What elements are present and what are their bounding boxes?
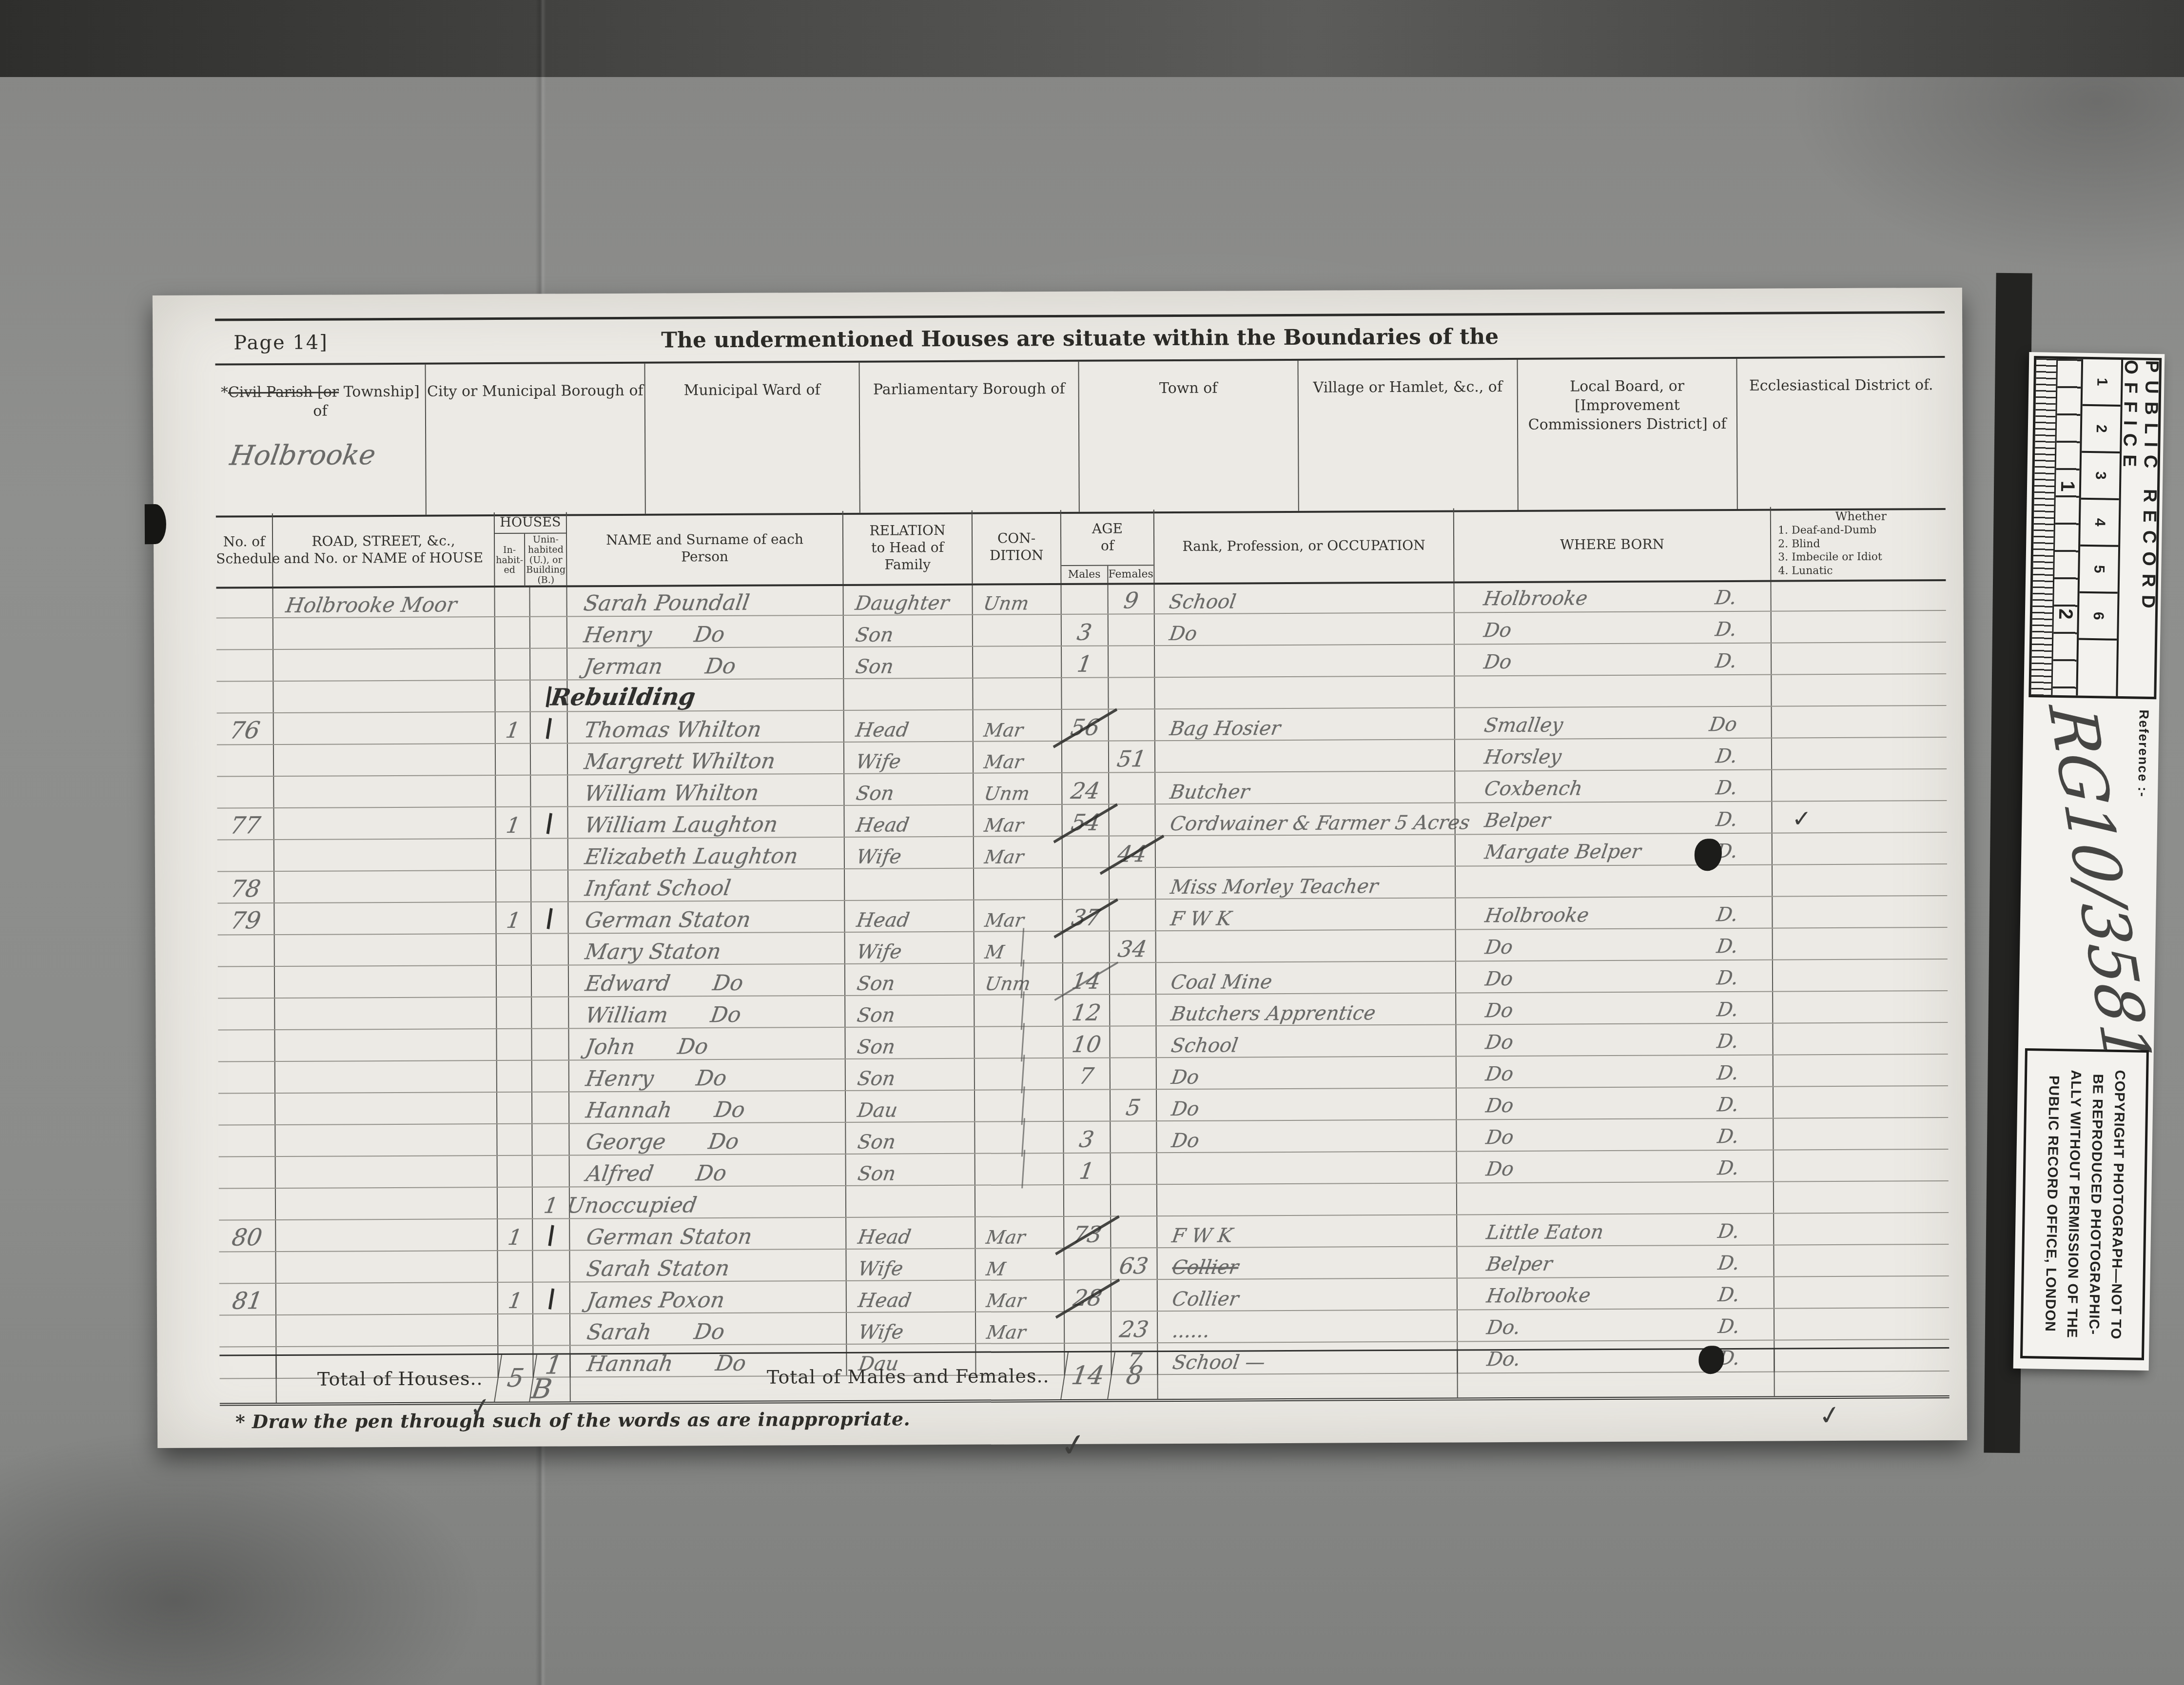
cell-inf [1773, 1086, 1947, 1118]
cell-road [275, 1251, 497, 1283]
district-header-4: Town of [1078, 361, 1298, 512]
cell-inf [1771, 769, 1945, 801]
cell-name: Thomas Whilton [567, 711, 843, 743]
cell-s [216, 587, 272, 618]
cell-ub [529, 648, 566, 679]
enumeration-rows: Holbrooke MoorSarah PoundallDaughterUnm9… [216, 579, 1949, 1379]
cell-born: BelperD. [1454, 802, 1771, 834]
cell-name: Edward Do [568, 964, 844, 996]
cell-born: HorsleyD. [1454, 739, 1771, 771]
cell-am: 28 [1064, 1280, 1111, 1311]
col-header-females: Females [1107, 566, 1154, 583]
cell-rel: Head [843, 805, 973, 837]
cell-ih: 1 [497, 1219, 532, 1250]
totals-born-cell [1457, 1350, 1774, 1398]
footnote: * Draw the pen through such of the words… [235, 1408, 911, 1432]
cell-inf [1773, 1150, 1947, 1181]
cell-s [217, 840, 273, 871]
cell-born: Do.D. [1457, 1309, 1774, 1341]
cell-af [1109, 1026, 1155, 1057]
cell-ub [532, 1251, 569, 1281]
cell-ub [531, 1029, 568, 1059]
cell-ub: \ [530, 712, 567, 743]
cell-cond [972, 678, 1061, 709]
cell-born: DoD. [1456, 1119, 1773, 1151]
cell-occ: Butchers Apprentice [1155, 993, 1455, 1025]
district-header-6: Local Board, or [Improvement Commissione… [1517, 359, 1736, 510]
cell-ih [496, 1124, 531, 1155]
cell-af: 34 [1109, 931, 1155, 962]
cell-inf [1773, 1055, 1947, 1086]
pro-title: PUBLIC RECORD OFFICE [2116, 360, 2159, 697]
cell-ih: 1 [497, 1283, 532, 1313]
cell-born: SmalleyDo [1454, 707, 1771, 739]
cell-name: James Poxon [569, 1281, 846, 1313]
cell-road [273, 902, 495, 934]
cell-s [218, 1094, 274, 1125]
cell-occ: Do [1156, 1120, 1456, 1152]
cell-name: Unoccupied [569, 1186, 845, 1218]
cell-am: 12 [1062, 995, 1109, 1026]
cell-cond [975, 1185, 1063, 1216]
cell-am [1064, 1312, 1111, 1343]
cell-ub [531, 965, 568, 996]
cell-occ: F W K [1155, 898, 1455, 930]
scale-box: 3 [2081, 453, 2120, 500]
total-houses-building: B [529, 1377, 553, 1402]
cell-rel: Wife [844, 837, 973, 868]
cell-born: BelperD. [1456, 1246, 1773, 1278]
totals-margin [219, 1356, 275, 1403]
cell-ih [495, 744, 530, 775]
cell-ih [495, 776, 530, 806]
col-header-condition: CON-DITION [972, 510, 1061, 584]
cell-cond: M [974, 932, 1062, 963]
cell-af [1110, 1058, 1156, 1089]
cell-af [1110, 1216, 1156, 1247]
cell-cond [974, 1058, 1063, 1090]
cell-road [273, 776, 495, 807]
cell-am [1062, 932, 1109, 962]
cell-inf: ✓ [1771, 801, 1945, 833]
cell-af: 63 [1110, 1248, 1156, 1279]
col-header-occupation: Rank, Profession, or OCCUPATION [1153, 508, 1454, 583]
cell-ub [530, 870, 567, 901]
form-title: The undermentioned Houses are situate wi… [215, 322, 1945, 354]
cell-born: HolbrookeD. [1455, 897, 1772, 929]
cell-ih: 1 [495, 902, 530, 933]
ruler-coarse: 12 [2051, 359, 2081, 696]
col-header-born: WHERE BORN [1453, 507, 1771, 582]
cell-ih: 1 [495, 807, 530, 838]
total-females: 8 [1107, 1352, 1161, 1399]
cell-name: Hannah Do [568, 1091, 845, 1123]
cell-cond: Mar [975, 1280, 1064, 1312]
cell-rel: Wife [846, 1313, 975, 1344]
cell-cond: Mar [973, 710, 1061, 741]
cell-s: 76 [217, 713, 273, 745]
cell-cond: Mar [973, 837, 1062, 868]
cell-cond [974, 1027, 1062, 1058]
cell-name: John Do [568, 1028, 844, 1059]
cell-rel [844, 869, 973, 900]
cell-af [1108, 709, 1154, 740]
col-header-males: Males [1061, 566, 1107, 583]
cell-born: DoD. [1455, 929, 1772, 961]
cell-road [275, 1188, 497, 1219]
check-mark: ✓ [1058, 1426, 1089, 1465]
cell-born: HolbrookeD. [1457, 1277, 1774, 1310]
cell-rel: Son [845, 1154, 975, 1185]
cell-ub [531, 934, 568, 964]
cell-name: German Staton [569, 1218, 845, 1250]
cell-ih [497, 1156, 532, 1187]
total-houses-uninhabited: 1 B [529, 1354, 573, 1401]
cell-road [274, 934, 496, 966]
cell-name: Mary Staton [568, 933, 844, 964]
district-header-band: *Civil Parish [or Township] ofHolbrookeC… [215, 356, 1945, 517]
cell-occ: School [1155, 1025, 1455, 1057]
cell-am: 10 [1062, 1027, 1109, 1058]
cell-cond: Mar [973, 742, 1061, 773]
scale-box: 1 [2083, 359, 2121, 407]
cell-af: 9 [1107, 583, 1153, 613]
cell-cond: Mar [975, 1217, 1063, 1248]
cell-rel: Son [844, 1027, 974, 1058]
cell-am: 3 [1061, 615, 1108, 646]
cell-ub [529, 617, 566, 647]
cell-am [1063, 1090, 1110, 1121]
cell-ih [494, 617, 529, 648]
cell-road [274, 1093, 496, 1124]
cell-s [216, 650, 273, 681]
cell-ub: \ [532, 1282, 569, 1313]
cell-born: DoD. [1454, 644, 1771, 676]
total-mf-label: Total of Males and Females.. [569, 1352, 1064, 1401]
cell-ih [495, 871, 530, 901]
cell-cond: M [975, 1249, 1063, 1280]
cell-occ: ...... [1157, 1310, 1457, 1342]
cell-name: Margrett Whilton [567, 743, 843, 774]
photo-dark-border [0, 0, 2184, 77]
cell-name: German Staton [567, 901, 844, 933]
cell-ub [531, 997, 568, 1028]
cell-s [219, 1157, 275, 1188]
cell-occ [1154, 676, 1454, 708]
cell-s [218, 1030, 274, 1061]
table-column-headers: No. ofSchedule ROAD, STREET, &c.,and No.… [216, 506, 1946, 588]
district-header-2: Municipal Ward of [644, 363, 859, 514]
cell-ih [496, 1029, 531, 1060]
cell-occ [1155, 930, 1455, 962]
cell-ub: \ [530, 902, 567, 933]
cell-name: William Laughton [567, 806, 843, 838]
cell-am [1062, 868, 1109, 899]
cell-road: Holbrooke Moor [272, 586, 494, 617]
cell-am: 14 [1062, 963, 1109, 994]
civil-parish-value: Holbrooke [228, 438, 378, 474]
cell-road [274, 1124, 496, 1156]
archive-photograph: Page 14] The undermentioned Houses are s… [0, 0, 2184, 1685]
cell-name: Sarah Staton [569, 1250, 845, 1281]
cell-name: William Whilton [567, 774, 843, 806]
cell-cond [975, 1154, 1063, 1185]
cell-s [218, 967, 274, 998]
cell-s: 78 [217, 872, 273, 903]
cell-cond: Mar [973, 900, 1062, 931]
cell-am: 56 [1061, 710, 1108, 741]
cell-cond: Unm [973, 773, 1061, 804]
cell-road [273, 681, 494, 712]
cell-ih [494, 586, 529, 616]
cell-s [218, 1125, 274, 1156]
cell-road [273, 617, 494, 649]
cell-name: Sarah Poundall [566, 584, 842, 616]
reference-area: Reference :- RG10/3581 [2018, 698, 2159, 1041]
totals-occupation-cell [1157, 1351, 1457, 1399]
cell-ih [497, 1188, 532, 1218]
cell-am: 54 [1061, 805, 1108, 836]
cell-road [274, 1029, 496, 1061]
cell-rel: Wife [843, 742, 973, 773]
cell-born: Little EatonD. [1456, 1214, 1773, 1246]
district-header-0: *Civil Parish [or Township] ofHolbrooke [215, 365, 425, 516]
cell-born: HolbrookeD. [1453, 580, 1770, 612]
scale-boxes: 123456 [2076, 359, 2121, 696]
cell-am: 73 [1063, 1217, 1110, 1248]
cell-s [216, 682, 273, 713]
cell-occ: F W K [1156, 1215, 1456, 1247]
cell-ub [530, 775, 567, 806]
cell-born: DoD. [1455, 992, 1772, 1024]
cell-af [1109, 900, 1155, 930]
total-houses-label: Total of Houses.. [275, 1355, 497, 1403]
pro-stamp: PUBLIC RECORD OFFICE 123456 12 [2028, 356, 2162, 699]
cell-s [218, 999, 274, 1030]
cell-occ: Miss Morley Teacher [1155, 866, 1455, 899]
infirmity-option: 1. Deaf-and-Dumb [1778, 523, 1944, 537]
cell-af [1108, 614, 1154, 645]
cell-cond [974, 995, 1062, 1026]
cell-am: 24 [1061, 773, 1108, 804]
cell-ih [496, 1093, 531, 1123]
cell-occ: Do [1156, 1088, 1456, 1120]
cell-name: Alfred Do [569, 1155, 845, 1186]
cell-rel: Daughter [842, 584, 972, 615]
cell-am [1060, 583, 1107, 614]
cell-am: 37 [1062, 900, 1109, 931]
totals-infirmity-cell [1774, 1349, 1948, 1396]
cell-am: 7 [1063, 1058, 1110, 1089]
total-males: 14 [1060, 1352, 1114, 1399]
cell-road [273, 712, 495, 744]
col-header-inhabited: In-habit-ed [495, 534, 524, 587]
infirmity-option: 4. Lunatic [1778, 564, 1944, 578]
cell-inf [1773, 1213, 1947, 1245]
col-header-infirmity: Whether 1. Deaf-and-Dumb2. Blind3. Imbec… [1770, 506, 1945, 580]
cell-occ: Collier [1156, 1247, 1456, 1279]
cell-ih [495, 839, 530, 870]
cell-born: DoD. [1455, 960, 1772, 993]
cell-ih [497, 1314, 532, 1345]
binding-mark [145, 504, 166, 544]
cell-am: 3 [1063, 1122, 1110, 1153]
cell-cond: Mar [975, 1312, 1064, 1343]
cell-occ: Do [1154, 613, 1454, 645]
cell-name: George Do [568, 1123, 845, 1155]
cell-af: 44 [1109, 836, 1155, 867]
cell-name: Henry Do [568, 1059, 845, 1091]
check-mark: ✓ [468, 1391, 494, 1424]
census-page: Page 14] The undermentioned Houses are s… [153, 288, 1967, 1448]
cell-ub: 1 [532, 1187, 569, 1218]
cell-inf [1772, 991, 1946, 1023]
cell-af [1108, 678, 1154, 708]
cell-s [217, 745, 273, 776]
cell-occ: School [1153, 581, 1453, 613]
scale-box: 5 [2080, 547, 2118, 594]
cell-ih [496, 1061, 531, 1092]
cell-rel [843, 679, 972, 710]
cell-ih: 1 [495, 712, 530, 743]
cell-rel: Son [844, 996, 974, 1027]
col-header-name: NAME and Surname of eachPerson [566, 511, 843, 585]
cell-road [274, 966, 496, 998]
col-header-houses: HOUSES In-habit-ed Unin-habited (U.), or… [494, 512, 566, 586]
cell-cond [972, 615, 1061, 646]
cell-name: Rebuilding [566, 679, 843, 711]
cell-am [1062, 837, 1109, 867]
ruler-number: 2 [2054, 608, 2076, 620]
cell-occ: Cordwainer & Farmer 5 Acres [1154, 803, 1454, 835]
cell-born: DoD. [1456, 1087, 1773, 1119]
cell-inf [1771, 611, 1945, 643]
cell-occ: Butcher [1154, 771, 1454, 803]
cell-born: DoD. [1456, 1056, 1773, 1088]
cell-s [218, 935, 274, 966]
cell-s: 77 [217, 808, 273, 840]
cell-af [1109, 868, 1155, 899]
cell-rel: Head [845, 1217, 975, 1249]
cell-am: 1 [1063, 1154, 1110, 1184]
cell-name: Jerman Do [566, 647, 843, 679]
cell-road [273, 807, 495, 839]
cell-am [1063, 1249, 1110, 1279]
cell-s [219, 1189, 275, 1220]
cell-af: 23 [1111, 1312, 1157, 1342]
cell-born: DoD. [1455, 1024, 1772, 1056]
cell-name: William Do [568, 996, 844, 1028]
cell-am: 1 [1061, 647, 1108, 677]
col-header-uninhabited: Unin-habited (U.), or Building (B.) [524, 533, 566, 587]
cell-road [273, 649, 494, 681]
cell-cond: Unm [972, 583, 1060, 614]
cell-name: Sarah Do [569, 1313, 846, 1345]
cell-road [275, 1283, 497, 1314]
cell-af [1108, 646, 1154, 677]
cell-name: Infant School [567, 869, 844, 901]
district-header-7: Ecclesiastical District of. [1736, 358, 1945, 509]
cell-cond [974, 1122, 1063, 1153]
cell-born: DoD. [1454, 612, 1771, 644]
cell-inf [1772, 928, 1946, 960]
cell-born [1454, 675, 1771, 707]
cell-af [1111, 1280, 1157, 1311]
cell-occ [1155, 835, 1455, 867]
cell-inf [1773, 1118, 1947, 1150]
cell-ub [532, 1156, 569, 1186]
cell-ih [494, 649, 529, 680]
cell-s: 79 [217, 903, 273, 935]
cell-inf [1774, 1308, 1948, 1340]
cell-ub [531, 1060, 568, 1091]
infirmity-option: 3. Imbecile or Idiot [1778, 550, 1944, 564]
check-mark: ✓ [1817, 1398, 1843, 1432]
cell-occ [1156, 1152, 1456, 1184]
cell-ih [496, 966, 531, 997]
cell-rel: Son [845, 1059, 974, 1090]
cell-af [1108, 773, 1154, 803]
cell-s [217, 777, 273, 808]
cell-inf [1771, 674, 1945, 706]
cell-rel: Head [846, 1281, 975, 1312]
col-header-road: ROAD, STREET, &c.,and No. or NAME of HOU… [272, 512, 494, 587]
cell-road [275, 1219, 497, 1251]
cell-inf [1774, 1276, 1948, 1308]
cell-s [219, 1252, 275, 1283]
col-header-schedule: No. ofSchedule [216, 513, 273, 587]
cell-am [1063, 1185, 1110, 1216]
cell-am [1061, 678, 1108, 709]
cell-inf [1771, 738, 1945, 769]
cell-occ [1154, 740, 1454, 772]
cell-rel: Son [845, 1122, 974, 1154]
cell-af: 5 [1110, 1090, 1156, 1120]
cell-ub [529, 585, 566, 616]
cell-s [219, 1315, 275, 1347]
cell-cond [972, 647, 1061, 678]
cell-rel: Son [843, 774, 973, 805]
cell-occ: Bag Hosier [1154, 708, 1454, 740]
cell-af [1110, 1185, 1156, 1215]
cell-inf [1771, 706, 1945, 738]
cell-ub: \ [530, 807, 567, 838]
cell-born [1456, 1182, 1773, 1215]
reference-label: Reference :- [2135, 709, 2151, 798]
district-header-3: Parliamentary Borough of [858, 362, 1078, 513]
cell-road [273, 839, 495, 871]
cell-rel: Head [844, 901, 973, 932]
cell-ih [496, 998, 531, 1028]
cell-s [216, 618, 273, 649]
cell-road [274, 998, 496, 1029]
cell-inf [1773, 1245, 1947, 1276]
cell-af [1109, 995, 1155, 1025]
public-record-office-card: PUBLIC RECORD OFFICE 123456 12 Reference… [2013, 352, 2165, 1371]
cell-born [1455, 865, 1772, 898]
cell-born: CoxbenchD. [1454, 770, 1771, 803]
cell-occ: Do [1156, 1057, 1456, 1089]
cell-rel: Son [843, 647, 972, 678]
cell-inf [1772, 864, 1946, 896]
cell-rel: Dau [845, 1091, 974, 1122]
cell-born: Margate BelperD. [1455, 834, 1772, 866]
cell-occ: Coal Mine [1155, 961, 1455, 994]
cell-rel: Son [843, 615, 972, 647]
card-content: PUBLIC RECORD OFFICE 123456 12 Reference… [2013, 352, 2165, 1371]
cell-road [275, 1156, 497, 1188]
cell-rel: Wife [845, 1249, 975, 1280]
